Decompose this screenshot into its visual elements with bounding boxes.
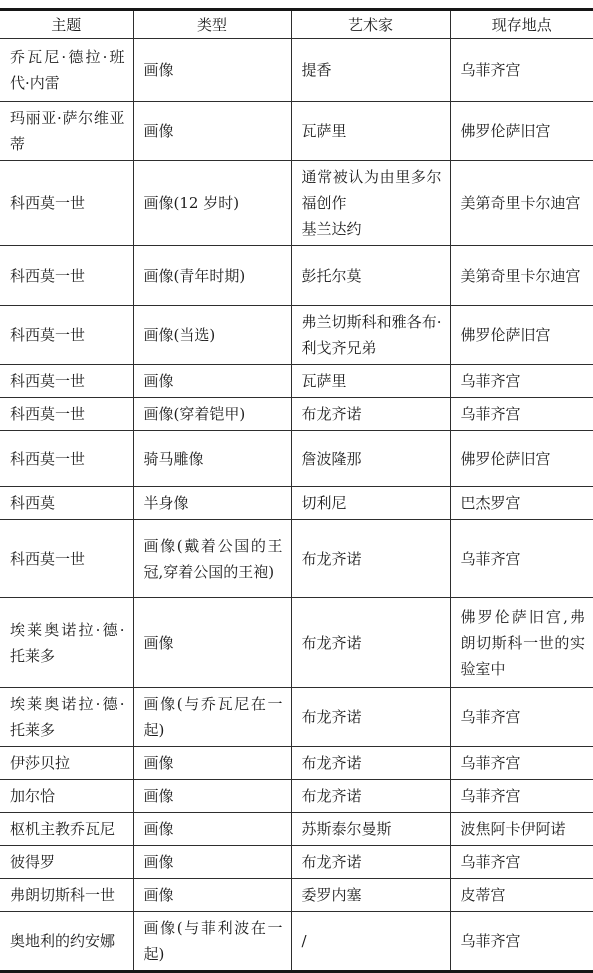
header-artist: 艺术家	[291, 10, 450, 39]
cell-subject: 彼得罗	[0, 846, 133, 879]
table-row: 彼得罗画像布龙齐诺乌菲齐宫	[0, 846, 593, 879]
cell-type: 画像	[133, 102, 291, 161]
cell-artist: 彭托尔莫	[291, 246, 450, 306]
cell-subject: 玛丽亚·萨尔维亚蒂	[0, 102, 133, 161]
cell-artist: 布龙齐诺	[291, 598, 450, 688]
artworks-table: 主题 类型 艺术家 现存地点 乔瓦尼·德拉·班代·内雷画像提香乌菲齐宫玛丽亚·萨…	[0, 8, 593, 973]
cell-subject: 奥地利的约安娜	[0, 912, 133, 972]
cell-type: 骑马雕像	[133, 431, 291, 487]
cell-type: 画像	[133, 39, 291, 102]
cell-type: 画像	[133, 780, 291, 813]
cell-artist: 布龙齐诺	[291, 398, 450, 431]
cell-artist: 弗兰切斯科和雅各布·利戈齐兄弟	[291, 306, 450, 365]
cell-artist: 布龙齐诺	[291, 747, 450, 780]
cell-subject: 科西莫一世	[0, 161, 133, 246]
cell-subject: 埃莱奥诺拉·德·托莱多	[0, 598, 133, 688]
cell-type: 画像	[133, 846, 291, 879]
header-row: 主题 类型 艺术家 现存地点	[0, 10, 593, 39]
cell-type: 半身像	[133, 487, 291, 520]
table-row: 科西莫半身像切利尼巴杰罗宫	[0, 487, 593, 520]
cell-location: 乌菲齐宫	[450, 780, 593, 813]
cell-location: 乌菲齐宫	[450, 365, 593, 398]
cell-location: 巴杰罗宫	[450, 487, 593, 520]
header-location: 现存地点	[450, 10, 593, 39]
cell-artist: 布龙齐诺	[291, 846, 450, 879]
cell-artist: 布龙齐诺	[291, 520, 450, 598]
cell-subject: 科西莫一世	[0, 398, 133, 431]
table-row: 奥地利的约安娜画像(与菲利波在一起)/乌菲齐宫	[0, 912, 593, 972]
table-row: 科西莫一世画像(穿着铠甲)布龙齐诺乌菲齐宫	[0, 398, 593, 431]
table-row: 科西莫一世画像瓦萨里乌菲齐宫	[0, 365, 593, 398]
table-body: 乔瓦尼·德拉·班代·内雷画像提香乌菲齐宫玛丽亚·萨尔维亚蒂画像瓦萨里佛罗伦萨旧宫…	[0, 39, 593, 972]
cell-location: 皮蒂宫	[450, 879, 593, 912]
cell-type: 画像(与乔瓦尼在一起)	[133, 688, 291, 747]
cell-location: 乌菲齐宫	[450, 912, 593, 972]
cell-subject: 科西莫	[0, 487, 133, 520]
cell-location: 佛罗伦萨旧宫	[450, 102, 593, 161]
cell-type: 画像(戴着公国的王冠,穿着公国的王袍)	[133, 520, 291, 598]
cell-location: 乌菲齐宫	[450, 747, 593, 780]
cell-subject: 枢机主教乔瓦尼	[0, 813, 133, 846]
table-row: 玛丽亚·萨尔维亚蒂画像瓦萨里佛罗伦萨旧宫	[0, 102, 593, 161]
table-row: 乔瓦尼·德拉·班代·内雷画像提香乌菲齐宫	[0, 39, 593, 102]
header-type: 类型	[133, 10, 291, 39]
table-row: 枢机主教乔瓦尼画像苏斯泰尔曼斯波焦阿卡伊阿诺	[0, 813, 593, 846]
cell-type: 画像	[133, 747, 291, 780]
cell-type: 画像	[133, 879, 291, 912]
cell-artist: 通常被认为由里多尔福创作 基兰达约	[291, 161, 450, 246]
cell-type: 画像	[133, 598, 291, 688]
cell-subject: 科西莫一世	[0, 246, 133, 306]
cell-location: 佛罗伦萨旧宫	[450, 431, 593, 487]
cell-location: 美第奇里卡尔迪宫	[450, 246, 593, 306]
cell-subject: 弗朗切斯科一世	[0, 879, 133, 912]
cell-subject: 科西莫一世	[0, 365, 133, 398]
cell-artist: 瓦萨里	[291, 365, 450, 398]
cell-location: 乌菲齐宫	[450, 846, 593, 879]
cell-subject: 埃莱奥诺拉·德·托莱多	[0, 688, 133, 747]
table-row: 埃莱奥诺拉·德·托莱多画像布龙齐诺佛罗伦萨旧宫,弗朗切斯科一世的实验室中	[0, 598, 593, 688]
table-row: 加尔恰画像布龙齐诺乌菲齐宫	[0, 780, 593, 813]
table-row: 科西莫一世画像(青年时期)彭托尔莫美第奇里卡尔迪宫	[0, 246, 593, 306]
cell-subject: 科西莫一世	[0, 431, 133, 487]
cell-type: 画像(青年时期)	[133, 246, 291, 306]
table-row: 科西莫一世画像(戴着公国的王冠,穿着公国的王袍)布龙齐诺乌菲齐宫	[0, 520, 593, 598]
table-row: 科西莫一世画像(当选)弗兰切斯科和雅各布·利戈齐兄弟佛罗伦萨旧宫	[0, 306, 593, 365]
cell-artist: 切利尼	[291, 487, 450, 520]
cell-subject: 伊莎贝拉	[0, 747, 133, 780]
cell-subject: 科西莫一世	[0, 520, 133, 598]
cell-artist: 瓦萨里	[291, 102, 450, 161]
scanned-table-page: { "colors": { "background": "#ffffff", "…	[0, 0, 593, 932]
cell-artist: /	[291, 912, 450, 972]
cell-subject: 乔瓦尼·德拉·班代·内雷	[0, 39, 133, 102]
cell-location: 乌菲齐宫	[450, 688, 593, 747]
cell-artist: 苏斯泰尔曼斯	[291, 813, 450, 846]
table-row: 科西莫一世画像(12 岁时)通常被认为由里多尔福创作 基兰达约美第奇里卡尔迪宫	[0, 161, 593, 246]
table-row: 科西莫一世骑马雕像詹波隆那佛罗伦萨旧宫	[0, 431, 593, 487]
cell-location: 波焦阿卡伊阿诺	[450, 813, 593, 846]
cell-type: 画像	[133, 813, 291, 846]
table-row: 弗朗切斯科一世画像委罗内塞皮蒂宫	[0, 879, 593, 912]
header-subject: 主题	[0, 10, 133, 39]
cell-type: 画像	[133, 365, 291, 398]
cell-location: 美第奇里卡尔迪宫	[450, 161, 593, 246]
table-row: 埃莱奥诺拉·德·托莱多画像(与乔瓦尼在一起)布龙齐诺乌菲齐宫	[0, 688, 593, 747]
cell-location: 佛罗伦萨旧宫	[450, 306, 593, 365]
cell-type: 画像(当选)	[133, 306, 291, 365]
cell-location: 佛罗伦萨旧宫,弗朗切斯科一世的实验室中	[450, 598, 593, 688]
cell-subject: 科西莫一世	[0, 306, 133, 365]
cell-artist: 布龙齐诺	[291, 688, 450, 747]
cell-type: 画像(12 岁时)	[133, 161, 291, 246]
table-row: 伊莎贝拉画像布龙齐诺乌菲齐宫	[0, 747, 593, 780]
cell-artist: 詹波隆那	[291, 431, 450, 487]
cell-type: 画像(穿着铠甲)	[133, 398, 291, 431]
cell-type: 画像(与菲利波在一起)	[133, 912, 291, 972]
cell-location: 乌菲齐宫	[450, 39, 593, 102]
cell-artist: 委罗内塞	[291, 879, 450, 912]
cell-location: 乌菲齐宫	[450, 398, 593, 431]
table-header: 主题 类型 艺术家 现存地点	[0, 10, 593, 39]
cell-artist: 提香	[291, 39, 450, 102]
cell-subject: 加尔恰	[0, 780, 133, 813]
cell-location: 乌菲齐宫	[450, 520, 593, 598]
cell-artist: 布龙齐诺	[291, 780, 450, 813]
